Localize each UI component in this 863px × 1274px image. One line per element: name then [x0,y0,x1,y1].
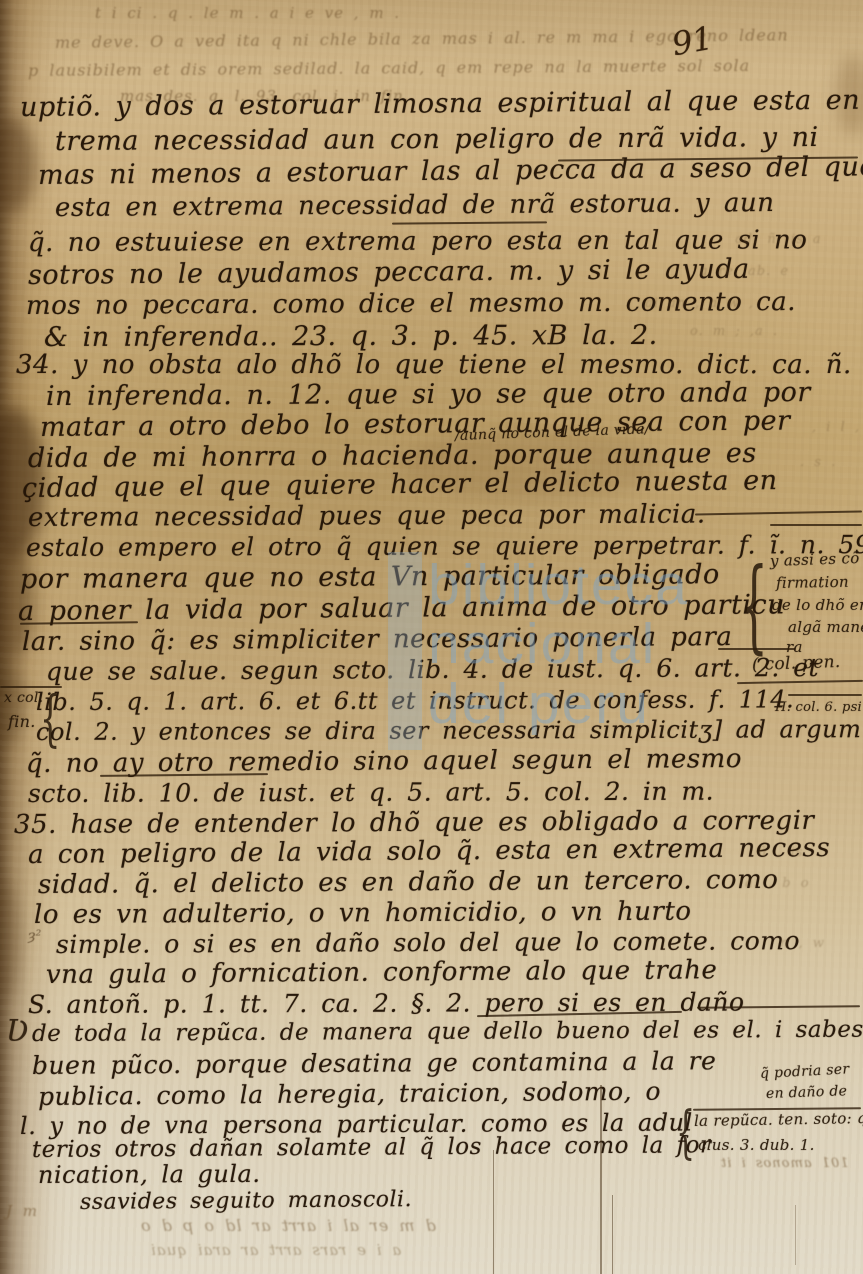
stain [0,880,20,1000]
margin-note: q̃ podria ser [760,1061,850,1082]
margin-note: algã mane [788,618,863,636]
ink-rule [695,511,862,516]
manuscript-page: t i ci . q . le m . a i e ve , m . me de… [0,0,863,1274]
bleedthrough-text: , i l , [812,420,860,435]
margin-note: x col. [4,690,43,706]
bleedthrough-text: a. , b o [745,876,810,891]
bleedthrough-text: J m [6,1202,38,1220]
text-line: publica. como la heregia, traicion, sodo… [38,1077,661,1111]
page-number: 91 [669,19,716,63]
ink-rule [697,1005,860,1008]
fold-crease [493,1150,494,1274]
margin-note: en daño de [766,1083,848,1102]
text-line: buen pũco. porque desatina ge contamina … [32,1046,717,1080]
text-line: de toda la repũca. de manera que dello b… [32,1017,863,1047]
ink-rule [788,694,862,696]
text-line: trema necessidad aun con peligro de nrã … [55,122,819,157]
text-line: S. antoñ. p. 1. tt. 7. ca. 2. §. 2. pero… [28,987,745,1019]
margin-note: firmation [776,573,849,592]
text-line: terios otros dañan solamte al q̃ los hac… [32,1132,712,1163]
text-line: çidad que el que quiere hacer el delicto… [22,465,778,504]
fold-crease [612,1195,613,1274]
stain [0,118,36,213]
bleedthrough-text: ai an , a w , [645,296,754,311]
text-line: scto. lib. 10. de iust. et q. 5. art. 5.… [28,777,714,808]
bleedthrough-text: t i ci . q . le m . a i e ve , m . [95,4,400,22]
margin-note: clus. 3. dub. 1. [698,1136,815,1154]
watermark-text: biblioteca nacional del peru [428,556,689,734]
watermark-bar [388,552,422,750]
bleedthrough-text: 101 amonos i it [720,1156,849,1171]
ink-rule [392,221,547,224]
margin-note: H. col. 6. psi [775,700,862,715]
brace-mark: { [40,682,60,754]
text-line: sotros no le ayudamos peccara. m. y si l… [28,254,750,291]
text-line: esta en extrema necessidad de nrã estoru… [55,188,775,223]
fold-crease [795,1205,796,1265]
margin-note: de lo dhõ en [772,596,863,614]
watermark-line: del peru [428,675,689,734]
text-line: sidad. q̃. el delicto es en daño de un t… [38,865,779,900]
ink-rule [718,648,796,650]
margin-note: la repũca. ten. soto: q. 4. cõ [694,1108,863,1130]
text-line: extrema necessidad pues que peca por mal… [28,499,706,533]
bleedthrough-text: n , w [780,936,825,951]
text-line: ssavides seguito manoscoli. [80,1187,412,1215]
margin-note: ȝ² [28,928,42,944]
bleedthrough-text: o. m ; ,a . [690,324,778,339]
margin-note: y assi es cõ [770,549,860,570]
text-line: q̃. no estuuiese en extrema pero esta en… [28,225,808,258]
watermark-line: biblioteca [428,556,689,615]
text-line: simple. o si es en daño solo del que lo … [56,926,800,959]
bleedthrough-text: ñ , is [758,845,804,860]
text-line: & in inferenda.. 23. q. 3. p. 45. xB la.… [44,320,658,353]
bleedthrough-text: ad. ñ. is a [735,232,822,247]
bleedthrough-text: . s . [800,455,836,470]
text-line: matar a otro debo lo estoruar aunque sea… [40,405,791,443]
ink-rule [770,524,862,526]
watermark-line: nacional [428,615,689,674]
ink-rule [0,686,62,688]
bleedthrough-text: a i e rars arrt ar arai quai [150,1241,401,1259]
margin-note: ( col. pen. [752,652,841,675]
bleedthrough-text: d m er al i arrt ar ld o p d o [140,1216,436,1235]
text-line: uptiõ. y dos a estoruar limosna espiritu… [20,84,863,123]
text-line: nication, la gula. [38,1160,261,1189]
bleedthrough-text: p lausibilem et dis orem sedilad. la cai… [28,56,750,80]
fold-crease [600,1085,602,1274]
text-line: vna gula o fornication. conforme alo que… [46,955,718,990]
text-line: lo es vn adulterio, o vn homicidio, o vn… [34,897,692,930]
margin-note: Ʋ [6,1014,29,1049]
margin-note: fin. [8,712,36,731]
text-line: 34. y no obsta alo dhõ lo que tiene el m… [16,350,852,380]
bleedthrough-text: a re. ab. e [700,264,789,279]
